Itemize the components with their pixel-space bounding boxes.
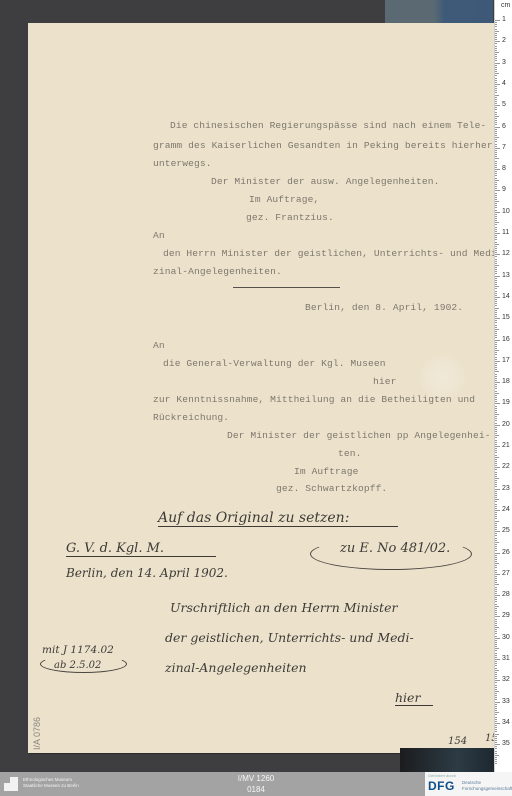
ruler-tick [495,493,497,494]
ruler-tick [495,682,497,683]
ruler-tick [495,648,499,649]
typed-date: Berlin, den 8. April, 1902. [305,302,463,313]
typed-line: Im Auftrage, [249,194,319,205]
ruler-tick [495,186,497,187]
ruler-tick [495,657,497,658]
ruler-tick [495,616,500,617]
ruler-tick [495,310,497,311]
ruler-mark: 16 [502,336,510,343]
ruler-tick [495,638,500,639]
ruler-tick [495,644,497,645]
ruler-mark: 23 [502,485,510,492]
ruler-tick [495,261,497,262]
ruler-tick [495,601,497,602]
ruler-tick [495,461,497,462]
ruler-tick [495,41,500,42]
ruler-mark: 12 [502,250,510,257]
ruler-tick [495,565,497,566]
typed-line: Rückreichung. [153,412,229,423]
ruler-tick [495,299,497,300]
ruler-tick [495,704,497,705]
ruler-tick [495,640,497,641]
ruler-tick [495,220,497,221]
ruler-tick [495,212,500,213]
ruler-tick [495,446,500,447]
ruler-tick [495,293,497,294]
ruler-tick [495,604,497,605]
ruler-tick [495,621,497,622]
ruler-tick [495,721,497,722]
ruler-tick [495,109,497,110]
ruler-tick [495,237,497,238]
ruler-tick [495,188,497,189]
ruler-tick [495,131,497,132]
ruler-tick [495,738,497,739]
typed-line: hier [373,376,396,387]
ruler-tick [495,712,499,713]
ruler-mark: 29 [502,612,510,619]
ruler-tick [495,376,497,377]
ruler-tick [495,442,497,443]
ruler-tick [495,763,497,764]
ruler-tick [495,78,497,79]
ruler-mark: 5 [502,101,506,108]
ruler-mark: 15 [502,314,510,321]
ruler-tick [495,687,497,688]
ruler-tick [495,538,497,539]
ruler-tick [495,386,497,387]
ruler-tick [495,148,500,149]
ruler-tick [495,205,497,206]
ruler-tick [495,314,497,315]
ruler-tick [495,378,497,379]
ruler-tick [495,497,497,498]
ruler-tick [495,444,497,445]
ruler-tick [495,348,497,349]
ruler-mark: 22 [502,463,510,470]
ruler-tick [495,92,497,93]
ruler-tick [495,116,499,117]
ruler-tick [495,489,500,490]
ruler-tick [495,629,497,630]
ruler-tick [495,63,500,64]
ruler-mark: 35 [502,740,510,747]
ruler-tick [495,342,497,343]
ruler-tick [495,325,497,326]
ruler-tick [495,448,497,449]
ruler-mark: 2 [502,37,506,44]
ruler-tick [495,755,499,756]
ruler-tick [495,352,497,353]
ruler-tick [495,141,497,142]
typed-line: die General-Verwaltung der Kgl. Museen [163,358,386,369]
ruler-tick [495,86,497,87]
handwritten-body-line: zinal-Angelegenheiten [165,660,307,675]
ruler-tick [495,510,500,511]
ruler-tick [495,288,497,289]
ruler-tick [495,450,497,451]
ruler-tick [495,340,500,341]
journal-ref-oval [310,538,472,570]
ruler-tick [495,533,497,534]
funder-panel: Gefördert durch DFG Deutsche Forschungsg… [425,772,512,796]
ruler-tick [495,337,497,338]
ruler-tick [495,610,497,611]
ruler-tick [495,512,497,513]
ruler-tick [495,472,497,473]
ruler-mark: 17 [502,357,510,364]
ruler-tick [495,175,497,176]
ruler-tick [495,254,500,255]
ruler-tick [495,455,497,456]
ruler-tick [495,642,497,643]
ruler-tick [495,544,497,545]
ruler-tick [495,693,497,694]
ruler-tick [495,124,497,125]
ruler-tick [495,369,497,370]
ruler-tick [495,33,497,34]
ruler-tick [495,227,497,228]
ruler-tick [495,408,497,409]
margin-note-oval [40,655,127,673]
ruler-tick [495,312,497,313]
ruler-tick [495,501,497,502]
ruler-tick [495,535,497,536]
ruler-tick [495,263,497,264]
measurement-ruler: cm 1234567891011121314151617181920212223… [494,0,512,772]
ruler-tick [495,578,497,579]
ruler-mark: 30 [502,634,510,641]
ruler-tick [495,346,497,347]
ruler-mark: 20 [502,421,510,428]
ruler-tick [495,231,497,232]
ruler-tick [495,114,497,115]
ruler-tick [495,235,497,236]
ruler-tick [495,84,500,85]
ruler-tick [495,127,500,128]
ruler-tick [495,60,497,61]
ruler-tick [495,563,499,564]
ruler-tick [495,433,497,434]
ruler-tick [495,97,497,98]
ruler-tick [495,103,497,104]
ruler-tick [495,184,497,185]
ruler-tick [495,542,499,543]
ruler-tick [495,171,497,172]
ruler-tick [495,335,497,336]
dfg-logo-icon: DFG [428,779,455,793]
ruler-tick [495,580,497,581]
ruler-tick [495,158,499,159]
ruler-tick [495,546,497,547]
ruler-tick [495,112,497,113]
typed-line: zur Kenntnissnahme, Mittheilung an die B… [153,394,475,405]
ruler-tick [495,574,500,575]
ruler-tick [495,67,497,68]
ruler-tick [495,429,497,430]
ruler-tick [495,561,497,562]
ruler-mark: 18 [502,378,510,385]
ruler-tick [495,418,497,419]
ruler-mark: 7 [502,144,506,151]
ruler-mark: 11 [502,229,509,236]
ruler-tick [495,359,497,360]
ruler-tick [495,412,497,413]
ruler-tick [495,163,497,164]
ruler-tick [495,48,497,49]
ruler-tick [495,56,497,57]
ruler-tick [495,282,497,283]
typed-line: Der Minister der ausw. Angelegenheiten. [211,176,439,187]
ruler-tick [495,401,497,402]
ruler-tick [495,95,499,96]
ruler-tick [495,43,497,44]
ruler-tick [495,478,499,479]
ruler-mark: 1 [502,16,506,23]
ruler-tick [495,318,500,319]
typed-line: unterwegs. [153,158,212,169]
ruler-tick [495,395,497,396]
ruler-tick [495,327,497,328]
ruler-tick [495,329,499,330]
ruler-tick [495,486,497,487]
ruler-tick [495,757,497,758]
typed-line: gez. Frantzius. [246,212,334,223]
ruler-tick [495,169,500,170]
ruler-tick [495,54,497,55]
typed-line: ten. [338,448,361,459]
ruler-tick [495,361,500,362]
ruler-tick [495,146,497,147]
ruler-tick [495,736,497,737]
ruler-mark: 34 [502,719,510,726]
ruler-tick [495,50,497,51]
ruler-tick [495,714,497,715]
ruler-mark: 13 [502,272,510,279]
ruler-tick [495,527,497,528]
ruler-tick [495,350,499,351]
ruler-tick [495,665,497,666]
ruler-tick [495,39,497,40]
ruler-tick [495,52,499,53]
ruler-tick [495,301,497,302]
ruler-tick [495,265,499,266]
ruler-tick [495,118,497,119]
ruler-tick [495,222,499,223]
ruler-tick [495,729,497,730]
ruler-tick [495,612,497,613]
ruler-tick [495,190,500,191]
ruler-tick [495,69,497,70]
ruler-tick [495,753,497,754]
ruler-tick [495,214,497,215]
ruler-tick [495,480,497,481]
ruler-tick [495,256,497,257]
ruler-tick [495,476,497,477]
ruler-tick [495,371,499,372]
ruler-tick [495,748,497,749]
ruler-tick [495,65,497,66]
ruler-tick [495,506,497,507]
ruler-tick [495,425,500,426]
ruler-tick [495,727,497,728]
ruler-tick [495,391,497,392]
ruler-tick [495,431,497,432]
ruler-tick [495,320,497,321]
ruler-tick [495,719,497,720]
ruler-tick [495,203,497,204]
typed-line: Die chinesischen Regierungspässe sind na… [170,120,486,131]
ruler-tick [495,619,497,620]
ruler-tick [495,197,497,198]
ruler-tick [495,531,500,532]
ruler-tick [495,207,497,208]
ruler-tick [495,107,497,108]
ruler-tick [495,699,497,700]
ruler-tick [495,670,499,671]
ruler-tick [495,597,497,598]
ruler-tick [495,591,497,592]
ruler-mark: 25 [502,527,510,534]
ruler-tick [495,499,499,500]
typed-line: Im Auftrage [294,466,358,477]
ruler-tick [495,152,497,153]
ruler-tick [495,233,500,234]
ruler-tick [495,24,497,25]
ruler-tick [495,305,497,306]
handwritten-recipient-ref: G. V. d. Kgl. M. [66,541,216,557]
ruler-tick [495,423,497,424]
ruler-tick [495,80,497,81]
ruler-mark: 21 [502,442,510,449]
ruler-tick [495,139,497,140]
ruler-tick [495,150,497,151]
ruler-tick [495,484,497,485]
ruler-tick [495,280,497,281]
ruler-tick [495,276,500,277]
ruler-tick [495,759,497,760]
ruler-tick [495,195,497,196]
ruler-tick [495,216,497,217]
ruler-tick [495,555,497,556]
ruler-tick [495,286,499,287]
ruler-tick [495,397,497,398]
ruler-tick [495,88,497,89]
ruler-tick [495,595,500,596]
funder-label: Gefördert durch [428,773,456,778]
ruler-tick [495,674,497,675]
separator-line [233,287,340,288]
ruler-mark: 14 [502,293,510,300]
ruler-tick [495,518,497,519]
ruler-unit: cm [501,2,510,9]
ruler-tick [495,224,497,225]
ruler-tick [495,420,497,421]
ruler-tick [495,582,497,583]
ruler-tick [495,399,497,400]
ruler-tick [495,550,497,551]
ruler-tick [495,363,497,364]
ruler-tick [495,623,497,624]
ruler-tick [495,154,497,155]
ruler-tick [495,161,497,162]
ruler-tick [495,584,499,585]
typed-line: den Herrn Minister der geistlichen, Unte… [163,248,503,259]
typed-line: An [153,230,165,241]
ruler-tick [495,614,497,615]
ruler-tick [495,695,497,696]
ruler-tick [495,244,499,245]
ruler-tick [495,278,497,279]
ruler-tick [495,239,497,240]
ruler-tick [495,384,497,385]
ruler-tick [495,663,497,664]
ruler-tick [495,589,497,590]
ruler-tick [495,717,497,718]
ruler-tick [495,465,497,466]
ruler-tick [495,650,497,651]
ruler-tick [495,414,499,415]
ruler-tick [495,744,500,745]
ruler-tick [495,180,499,181]
ruler-tick [495,482,497,483]
ruler-tick [495,271,497,272]
ruler-tick [495,661,497,662]
ruler-tick [495,457,499,458]
ruler-tick [495,691,499,692]
ruler-tick [495,463,497,464]
ruler-tick [495,308,499,309]
ruler-tick [495,135,497,136]
ruler-tick [495,746,497,747]
ruler-tick [495,388,497,389]
ruler-tick [495,156,497,157]
ruler-tick [495,459,497,460]
ruler-tick [495,678,497,679]
ruler-tick [495,516,497,517]
handwritten-header: Auf das Original zu setzen: [158,510,398,527]
ruler-mark: 33 [502,698,510,705]
ruler-tick [495,173,497,174]
ruler-tick [495,680,500,681]
ruler-tick [495,75,497,76]
ruler-tick [495,467,500,468]
ruler-tick [495,82,497,83]
ruler-tick [495,242,497,243]
ruler-mark: 19 [502,399,510,406]
ruler-tick [495,706,497,707]
ruler-tick [495,167,497,168]
ruler-mark: 6 [502,123,506,130]
ruler-tick [495,608,497,609]
typed-signature: gez. Schwartzkopff. [276,483,387,494]
ruler-tick [495,559,497,560]
ruler-tick [495,702,500,703]
ruler-tick [495,474,497,475]
ruler-tick [495,297,500,298]
ruler-mark: 31 [502,655,510,662]
ruler-tick [495,31,499,32]
ruler-tick [495,731,497,732]
ruler-tick [495,229,497,230]
funder-name-line: Forschungsgemeinschaft [462,786,512,792]
ruler-tick [495,267,497,268]
ruler-tick [495,708,497,709]
ruler-tick [495,655,497,656]
ruler-tick [495,295,497,296]
ruler-tick [495,382,500,383]
ruler-tick [495,133,497,134]
